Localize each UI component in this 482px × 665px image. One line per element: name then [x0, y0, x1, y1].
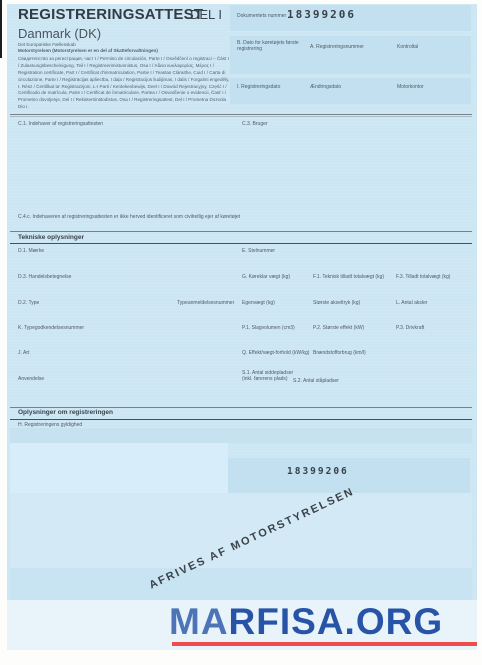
field-curb-weight-label: Egenvægt (kg) — [242, 300, 275, 306]
doc-number-value: 18399206 — [287, 8, 356, 21]
field-k-label: K. Typegodkendelsesnummer — [18, 325, 84, 331]
field-p3-label: P.3. Drivkraft — [396, 325, 424, 331]
field-p2-label: P.2. Største effekt (kW) — [313, 325, 364, 331]
document-part-label: DEL I — [190, 7, 222, 22]
header-fields-box-2 — [230, 78, 471, 104]
divider-shadow — [10, 116, 472, 117]
field-c4c-note: C.4.c. Indehaveren af registreringsattes… — [18, 214, 338, 220]
doc-number-repeat: 18399206 — [287, 466, 349, 477]
field-d3-label: D.3. Handelsbetegnelse — [18, 274, 71, 280]
field-i-label: I. Registreringsdato — [237, 84, 280, 90]
field-control-label: Kontroltal — [397, 44, 418, 50]
scan-artifact — [0, 0, 2, 58]
field-s2-label: S.2. Antal ståpladser — [293, 378, 339, 384]
divider — [10, 407, 472, 408]
divider — [10, 231, 472, 232]
field-fuel-label: Brændstofforbrug (km/l) — [313, 350, 366, 356]
field-a-label: A. Registreringsnummer — [310, 44, 364, 50]
field-c3-label: C.3. Bruger — [242, 121, 268, 127]
field-d1-label: D.1. Mærke — [18, 248, 44, 254]
section-underline — [10, 419, 472, 420]
document-title: REGISTRERINGSATTEST — [18, 6, 203, 23]
field-use-label: Anvendelse — [18, 376, 44, 382]
section-technical-title: Tekniske oplysninger — [18, 234, 84, 241]
multilingual-text: Свидетелство за регистрация, част I / Pe… — [18, 56, 230, 111]
field-type-notice-label: Typeanmeldelsesnummer — [177, 300, 234, 306]
field-d2-label: D.2. Type — [18, 300, 39, 306]
scan-band — [10, 568, 472, 600]
scan-band — [10, 493, 472, 568]
section-underline — [10, 243, 472, 244]
field-e-label: E. Stelnummer — [242, 248, 275, 254]
field-c1-label: C.1. Indehaver af registreringsattesten — [18, 121, 103, 127]
field-change-date-label: Ændringsdato — [310, 84, 341, 90]
scan-band — [10, 428, 472, 443]
site-watermark-light: MA — [169, 601, 229, 642]
authority-label: Motorstyrelsen (Motorstyrelsen er en del… — [18, 48, 158, 55]
watermark-underline — [172, 642, 477, 646]
section-registration-title: Oplysninger om registreringen — [18, 409, 113, 416]
site-watermark: MARFISA.ORG — [169, 601, 443, 643]
field-l-label: L. Antal aksler — [396, 300, 427, 306]
field-axle-load-label: Største akseltryk (kg) — [313, 300, 360, 306]
field-q-label: Q. Effekt/vægt-forhold (kW/kg) — [242, 350, 309, 356]
field-h-label: H. Registreringens gyldighed — [18, 422, 82, 428]
field-office-label: Motorkontor — [397, 84, 424, 90]
scan-band — [10, 443, 228, 493]
registration-certificate-page: REGISTRERINGSATTEST DEL I Dokumentets nu… — [0, 0, 482, 665]
divider — [10, 114, 472, 115]
country-label: Danmark (DK) — [18, 26, 101, 41]
site-watermark-bold: RFISA.ORG — [229, 601, 444, 642]
doc-number-label: Dokumentets nummer — [237, 13, 286, 19]
field-p1-label: P.1. Slagvolumen (cm3) — [242, 325, 295, 331]
field-b-label: B. Dato for køretøjets første registreri… — [237, 40, 303, 53]
field-g-label: G. Køreklar vægt (kg) — [242, 274, 290, 280]
field-j-label: J. Art — [18, 350, 29, 356]
field-f3-label: F.3. Tilladt totalvægt (kg) — [396, 274, 450, 280]
field-f1-label: F.1. Teknisk tilladt totalvægt (kg) — [313, 274, 391, 280]
